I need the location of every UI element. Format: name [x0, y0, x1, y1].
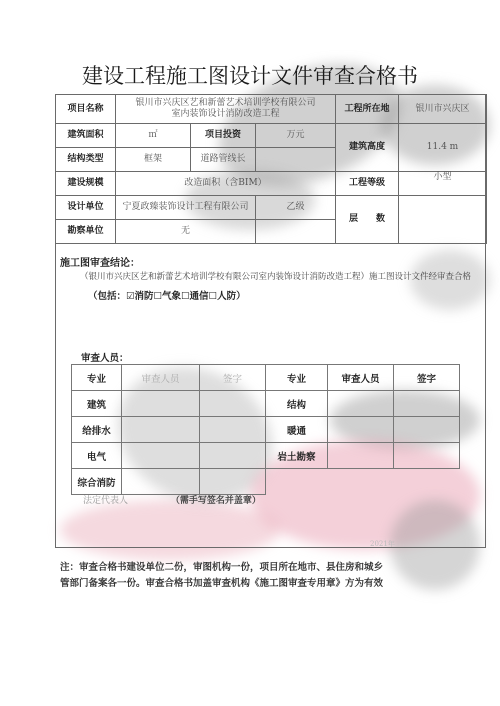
floors-label: 层 数: [336, 196, 399, 244]
reviewer-cell: [328, 417, 394, 443]
reviewer-cell: [122, 469, 200, 495]
legal-rep-label: 法定代表人: [83, 496, 128, 506]
scale-value: 改造面积（含BIM）: [116, 172, 336, 196]
height-value: 11.4 m: [399, 124, 487, 172]
structure-value: 框架: [116, 148, 191, 172]
signature-cell: [394, 443, 460, 469]
survey-unit-value: 无: [116, 220, 256, 244]
header-signature: 签字: [394, 365, 460, 391]
header-signature: 签字: [200, 365, 266, 391]
structure-label: 结构类型: [56, 148, 116, 172]
road-value: [256, 148, 336, 172]
grade-label: 工程等级: [336, 172, 399, 196]
design-unit-value: 宁夏政臻装饰设计工程有限公司: [116, 196, 256, 220]
footnote-line2: 管部门备案各一份。审查合格书加盖审查机构《施工图审查专用章》方为有效: [60, 576, 480, 592]
table-row: 项目名称 银川市兴庆区艺和新蕾艺术培训学校有限公司 室内装饰设计消防改造工程 工…: [56, 95, 487, 124]
table-row: 综合消防: [72, 469, 460, 495]
project-info-table: 项目名称 银川市兴庆区艺和新蕾艺术培训学校有限公司 室内装饰设计消防改造工程 工…: [55, 94, 487, 244]
design-grade-value: 乙级: [256, 196, 336, 220]
reviewer-cell: [122, 391, 200, 417]
specialty-cell: 建筑: [72, 391, 122, 417]
signature-cell: [394, 391, 460, 417]
height-label: 建筑高度: [336, 124, 399, 172]
header-reviewer: 审查人员: [122, 365, 200, 391]
reviewer-cell: [122, 443, 200, 469]
reviewer-cell: [122, 417, 200, 443]
header-reviewer: 审查人员: [328, 365, 394, 391]
specialty-cell: 综合消防: [72, 469, 122, 495]
issue-date: 2021年: [370, 539, 395, 549]
design-unit-label: 设计单位: [56, 196, 116, 220]
empty-cell: [394, 469, 460, 495]
specialty-cell: 电气: [72, 443, 122, 469]
table-row: 电气 岩土勘察: [72, 443, 460, 469]
grade-value: 小型: [399, 172, 487, 196]
reviewers-label: 审查人员：: [81, 350, 129, 364]
header-specialty: 专业: [266, 365, 328, 391]
floors-value: [399, 196, 487, 244]
signature-cell: [200, 443, 266, 469]
project-name-line2: 室内装饰设计消防改造工程: [118, 109, 333, 120]
road-label: 道路管线长: [191, 148, 256, 172]
conclusion-title: 施工图审查结论：: [60, 254, 480, 269]
area-value: ㎡: [116, 124, 191, 148]
empty-cell: [266, 469, 328, 495]
specialty-cell: 岩土勘察: [266, 443, 328, 469]
survey-unit-label: 勘察单位: [56, 220, 116, 244]
investment-label: 项目投资: [191, 124, 256, 148]
footnote: 注：审查合格书建设单位二份，审图机构一份，项目所在地市、县住房和城乡 管部门备案…: [60, 560, 480, 592]
legal-rep-note: （需手写签名并盖章）: [171, 496, 261, 506]
location-label: 工程所在地: [336, 95, 399, 124]
investment-value: 万元: [256, 124, 336, 148]
signature-cell: [200, 391, 266, 417]
header-specialty: 专业: [72, 365, 122, 391]
footnote-line1: 注：审查合格书建设单位二份，审图机构一份，项目所在地市、县住房和城乡: [60, 560, 480, 576]
table-row: 建筑 结构: [72, 391, 460, 417]
project-name-label: 项目名称: [56, 95, 116, 124]
project-name-value: 银川市兴庆区艺和新蕾艺术培训学校有限公司 室内装饰设计消防改造工程: [116, 95, 336, 124]
scale-label: 建设规模: [56, 172, 116, 196]
signature-cell: [394, 417, 460, 443]
signature-cell: [200, 469, 266, 495]
specialty-cell: 结构: [266, 391, 328, 417]
project-name-line1: 银川市兴庆区艺和新蕾艺术培训学校有限公司: [118, 98, 333, 109]
empty-cell: [328, 469, 394, 495]
table-header-row: 专业 审查人员 签字 专业 审查人员 签字: [72, 365, 460, 391]
signature-cell: [200, 417, 266, 443]
table-row: 给排水 暖通: [72, 417, 460, 443]
table-row: 建筑面积 ㎡ 项目投资 万元 建筑高度 11.4 m: [56, 124, 487, 148]
document-title: 建设工程施工图设计文件审查合格书: [0, 60, 500, 90]
specialty-cell: 给排水: [72, 417, 122, 443]
survey-grade-value: [256, 220, 336, 244]
table-row: 建设规模 改造面积（含BIM） 工程等级 小型: [56, 172, 487, 196]
conclusion-body: （银川市兴庆区艺和新蕾艺术培训学校有限公司室内装饰设计消防改造工程）施工图设计文…: [60, 271, 480, 284]
specialty-cell: 暖通: [266, 417, 328, 443]
area-label: 建筑面积: [56, 124, 116, 148]
reviewer-cell: [328, 443, 394, 469]
reviewer-cell: [328, 391, 394, 417]
table-row: 设计单位 宁夏政臻装饰设计工程有限公司 乙级 层 数: [56, 196, 487, 220]
reviewers-table: 专业 审查人员 签字 专业 审查人员 签字 建筑 结构 给排水 暖通 电气 岩土…: [71, 364, 460, 495]
legal-representative: 法定代表人 （需手写签名并盖章）: [83, 493, 261, 506]
review-conclusion: 施工图审查结论： （银川市兴庆区艺和新蕾艺术培训学校有限公司室内装饰设计消防改造…: [60, 254, 480, 302]
review-scope: （包括：☑消防☐气象☐通信☐人防）: [88, 288, 480, 302]
location-value: 银川市兴庆区: [399, 95, 487, 124]
